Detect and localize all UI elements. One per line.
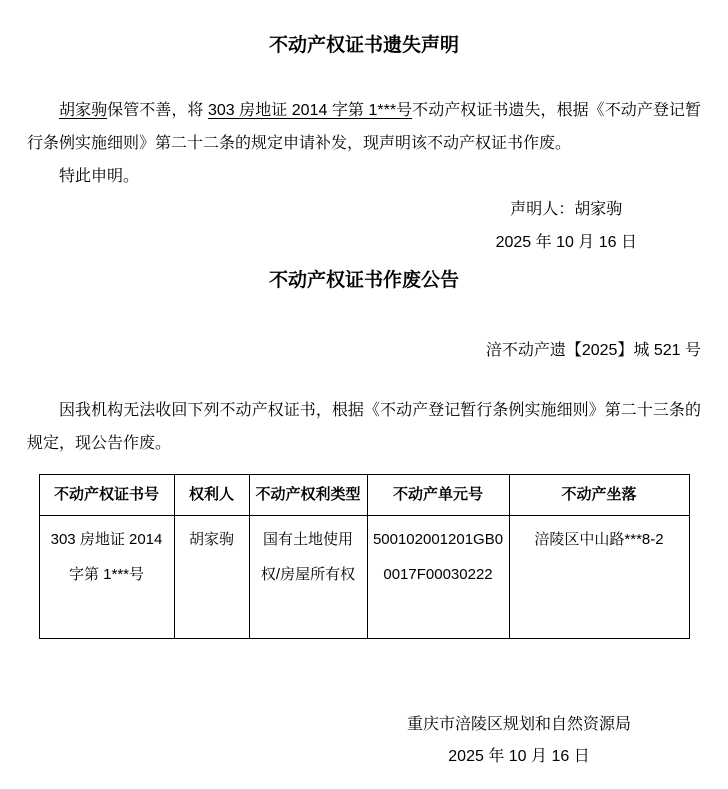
- col-header-rights-type: 不动产权利类型: [249, 475, 367, 516]
- cell-location: 涪陵区中山路***8-2: [509, 516, 689, 639]
- statement-paragraph: 胡家驹保管不善，将 303 房地证 2014 字第 1***号不动产权证书遗失，…: [27, 94, 701, 160]
- document-number: 涪不动产遗【2025】城 521 号: [27, 334, 701, 367]
- declarant-line: 声明人：胡家驹: [496, 193, 637, 226]
- notice-paragraph: 因我机构无法收回下列不动产权证书，根据《不动产登记暂行条例实施细则》第二十三条的…: [27, 394, 701, 460]
- col-header-rights-holder: 权利人: [174, 475, 249, 516]
- col-header-certificate-number: 不动产权证书号: [39, 475, 174, 516]
- statement-title: 不动产权证书遗失声明: [27, 32, 701, 60]
- statement-text-segment-1: 保管不善，将: [107, 102, 208, 119]
- statement-date: 2025 年 10 月 16 日: [496, 226, 637, 259]
- declarant-name-underlined: 胡家驹: [59, 102, 107, 119]
- table-row: 303 房地证 2014 字第 1***号 胡家驹 国有土地使用权/房屋所有权 …: [39, 516, 689, 639]
- certificates-table: 不动产权证书号 权利人 不动产权利类型 不动产单元号 不动产坐落 303 房地证…: [39, 474, 690, 639]
- document-page: 不动产权证书遗失声明 胡家驹保管不善，将 303 房地证 2014 字第 1**…: [0, 32, 728, 773]
- certificate-number-underlined: 303 房地证 2014 字第 1***号: [208, 102, 412, 119]
- statement-closing: 特此申明。: [27, 160, 701, 193]
- statement-signature-block: 声明人：胡家驹 2025 年 10 月 16 日: [496, 193, 637, 259]
- notice-title: 不动产权证书作废公告: [27, 267, 701, 295]
- notice-signature-block: 重庆市涪陵区规划和自然资源局 2025 年 10 月 16 日: [407, 709, 631, 773]
- col-header-location: 不动产坐落: [509, 475, 689, 516]
- cell-unit-number: 500102001201GB00017F00030222: [367, 516, 509, 639]
- table-header-row: 不动产权证书号 权利人 不动产权利类型 不动产单元号 不动产坐落: [39, 475, 689, 516]
- cell-certificate-number: 303 房地证 2014 字第 1***号: [39, 516, 174, 639]
- cell-rights-holder: 胡家驹: [174, 516, 249, 639]
- notice-date: 2025 年 10 月 16 日: [407, 741, 631, 773]
- col-header-unit-number: 不动产单元号: [367, 475, 509, 516]
- cell-rights-type: 国有土地使用权/房屋所有权: [249, 516, 367, 639]
- issuer-name: 重庆市涪陵区规划和自然资源局: [407, 709, 631, 741]
